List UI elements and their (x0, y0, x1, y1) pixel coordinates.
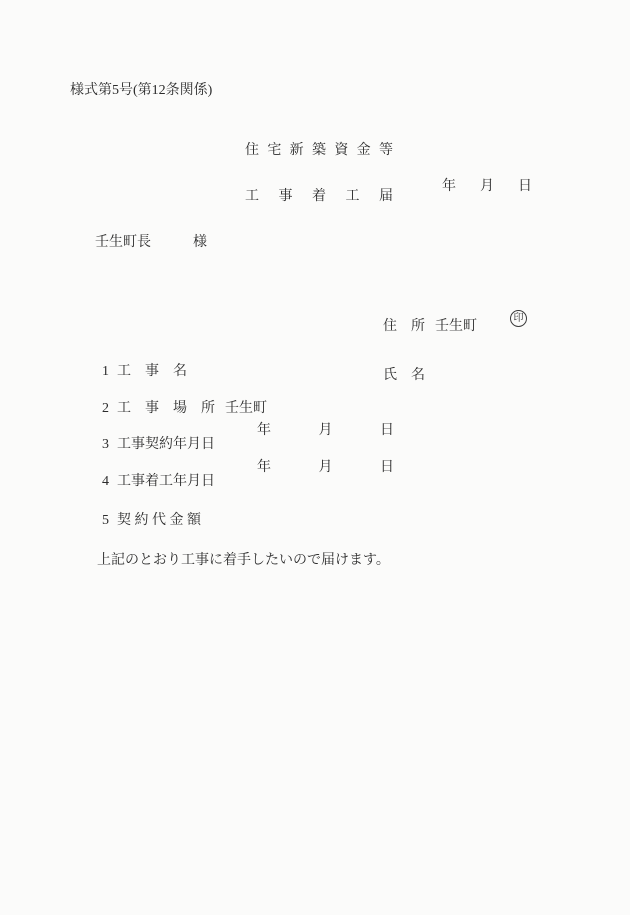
contract-date-fields: 年 月 日 (257, 424, 394, 438)
item-number: 4 (102, 475, 117, 489)
document-title-line2: 工 事 着 工 届 (245, 188, 393, 206)
item-label: 工 事 名 (117, 364, 187, 379)
addressee-honorific: 様 (193, 236, 207, 250)
seal-icon: 印 (510, 310, 527, 327)
item-row-contract-amount: 5契 約 代 金 額 (88, 500, 548, 542)
year-label: 年 (257, 461, 271, 475)
document-title-line1: 住 宅 新 築 資 金 等 (245, 142, 393, 160)
month-label: 月 (319, 461, 333, 475)
item-number: 1 (102, 365, 117, 379)
document-title: 住 宅 新 築 資 金 等 工 事 着 工 届 (245, 114, 393, 234)
date-year-label: 年 (442, 180, 456, 194)
item-value: 壬生町 (225, 401, 267, 416)
item-number: 3 (102, 438, 117, 452)
address-value: 壬生町 (435, 319, 477, 334)
item-label: 工事契約年月日 (117, 437, 215, 452)
year-label: 年 (257, 424, 271, 438)
addressee-name: 壬生町長 (95, 236, 151, 250)
closing-statement: 上記のとおり工事に着手したいので届けます。 (97, 554, 390, 568)
date-month-label: 月 (480, 180, 494, 194)
item-label: 契 約 代 金 額 (117, 513, 201, 528)
date-line: 年 月 日 (442, 180, 532, 194)
item-label: 工 事 場 所 (117, 401, 215, 416)
month-label: 月 (319, 424, 333, 438)
item-number: 2 (102, 402, 117, 416)
document-page: 様式第5号(第12条関係) 住 宅 新 築 資 金 等 工 事 着 工 届 年 … (0, 0, 630, 915)
item-number: 5 (102, 514, 117, 528)
date-day-label: 日 (518, 180, 532, 194)
item-label: 工事着工年月日 (117, 474, 215, 489)
form-number: 様式第5号(第12条関係) (70, 84, 212, 98)
start-date-fields: 年 月 日 (257, 461, 394, 475)
day-label: 日 (380, 461, 394, 475)
day-label: 日 (380, 424, 394, 438)
item-row-construction-name: 1工 事 名 (88, 351, 548, 393)
applicant-address-line: 住 所壬生町 (383, 320, 477, 334)
addressee-line: 壬生町長 様 (95, 236, 207, 250)
address-label: 住 所 (383, 319, 425, 334)
